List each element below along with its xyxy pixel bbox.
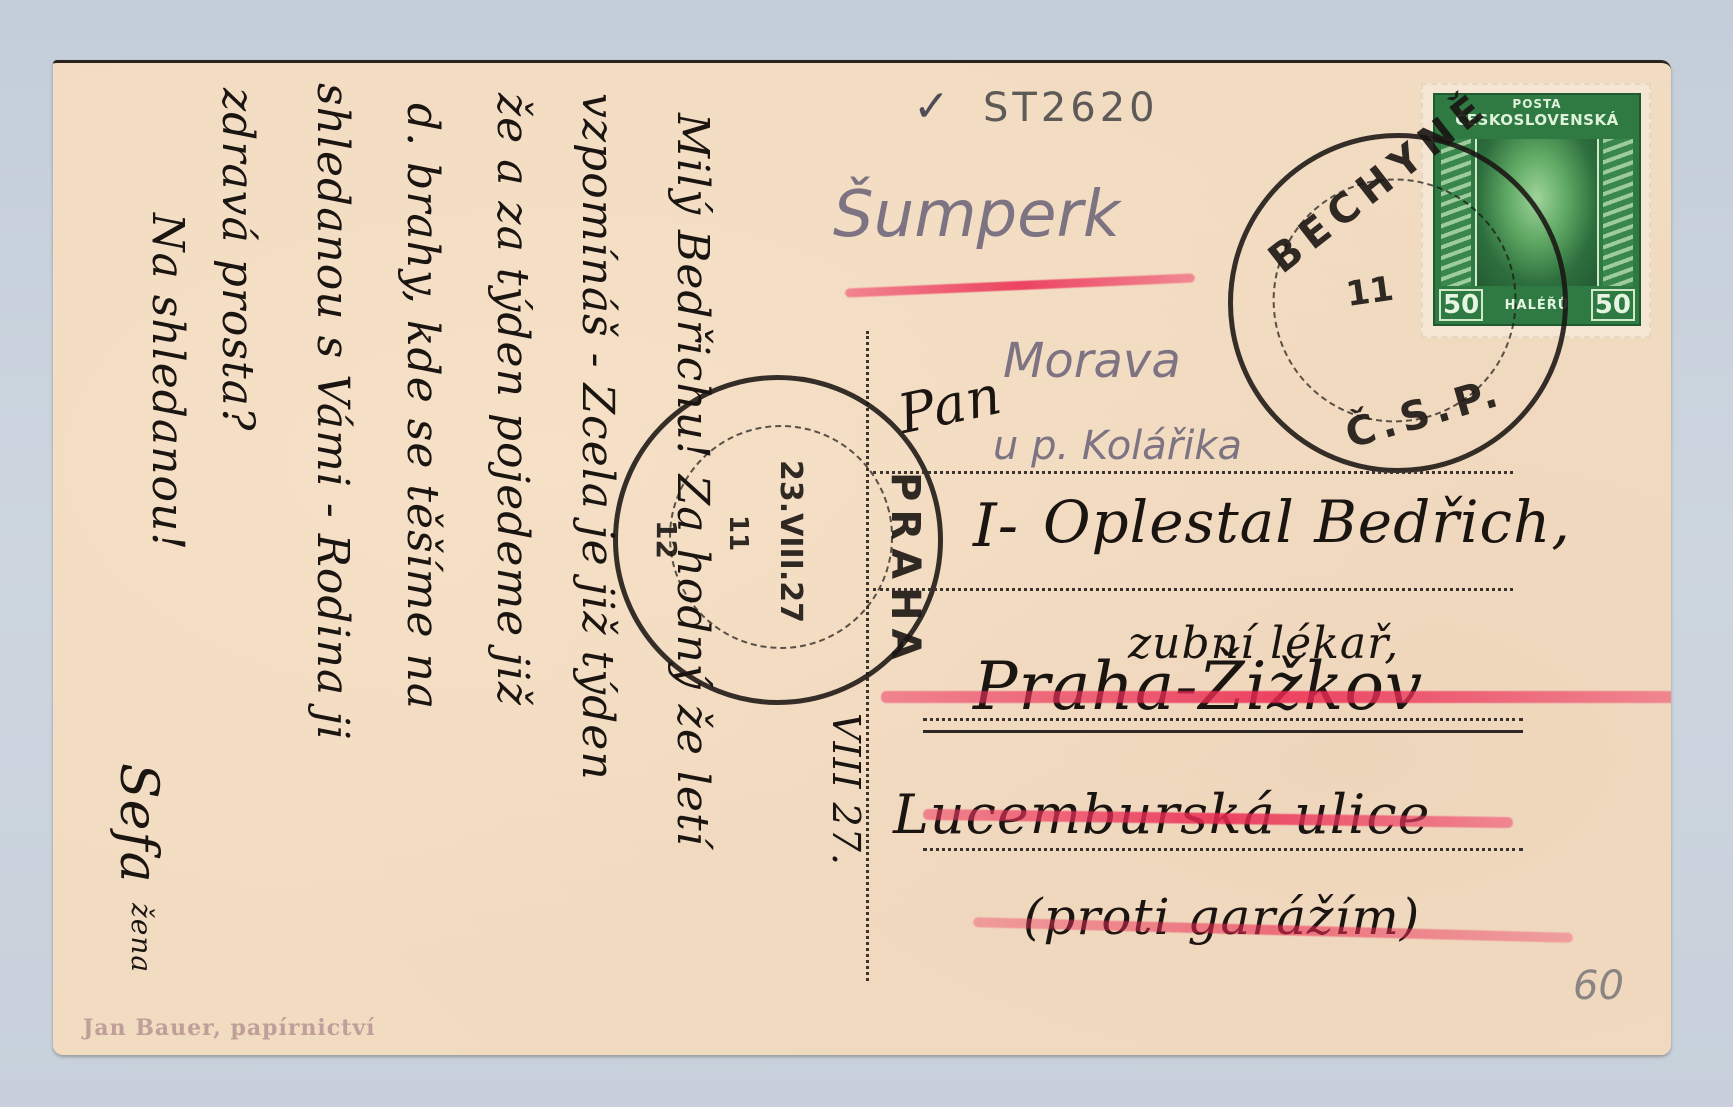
- laurel-icon: [1603, 139, 1633, 286]
- postmark-hour: 11: [723, 515, 753, 551]
- address-name-prefix: I-: [973, 491, 1019, 561]
- stamp-value-right: 50: [1591, 289, 1635, 321]
- red-strike-redirect: [845, 273, 1195, 297]
- postcard: Jan Bauer, papírnictví Milý Bedřichu! Za…: [53, 60, 1671, 1055]
- address-salutation: Pan: [893, 363, 1008, 446]
- check-mark: ✓: [913, 81, 954, 132]
- message-line: Na shledanou!: [142, 213, 193, 551]
- address-line: [873, 471, 1513, 474]
- message-line: zdravá prosta?: [212, 88, 263, 431]
- catalog-note: ST2620: [983, 85, 1159, 131]
- message-line: že a za týden pojedeme již: [487, 93, 538, 706]
- recipient-name: Oplestal Bedřich,: [1043, 488, 1571, 556]
- postmark-district: 12: [650, 520, 683, 559]
- signature-sub: žena: [125, 903, 158, 973]
- recipient-city: Praha-Žižkov: [973, 648, 1423, 725]
- red-strike-city: [881, 691, 1671, 703]
- address-line: [873, 588, 1513, 591]
- message-line: vzpomínáš - Zcela je již týden: [572, 93, 623, 781]
- city-underline: [923, 730, 1523, 733]
- message-line: shledanou s Vámi - Rodina ji: [307, 83, 358, 741]
- signature: Sefa: [108, 763, 168, 884]
- pencil-price: 60: [1573, 963, 1624, 1009]
- postmark-hour: 11: [1344, 269, 1396, 315]
- postmark-date: 23.VIII.27: [773, 460, 808, 623]
- postmark-town: PRAHA: [882, 472, 928, 668]
- message-date: VIII 27.: [824, 713, 868, 866]
- address-line: [923, 848, 1523, 851]
- redirect-care-of: u p. Kolářika: [993, 423, 1242, 469]
- printer-imprint: Jan Bauer, papírnictví: [83, 1015, 376, 1041]
- redirect-town: Šumperk: [833, 178, 1120, 252]
- arrival-postmark: PRAHA 23.VIII.27 11 12: [613, 375, 943, 705]
- message-line: d. brahy, kde se těšíme na: [397, 103, 448, 710]
- redirect-region: Morava: [1003, 333, 1181, 389]
